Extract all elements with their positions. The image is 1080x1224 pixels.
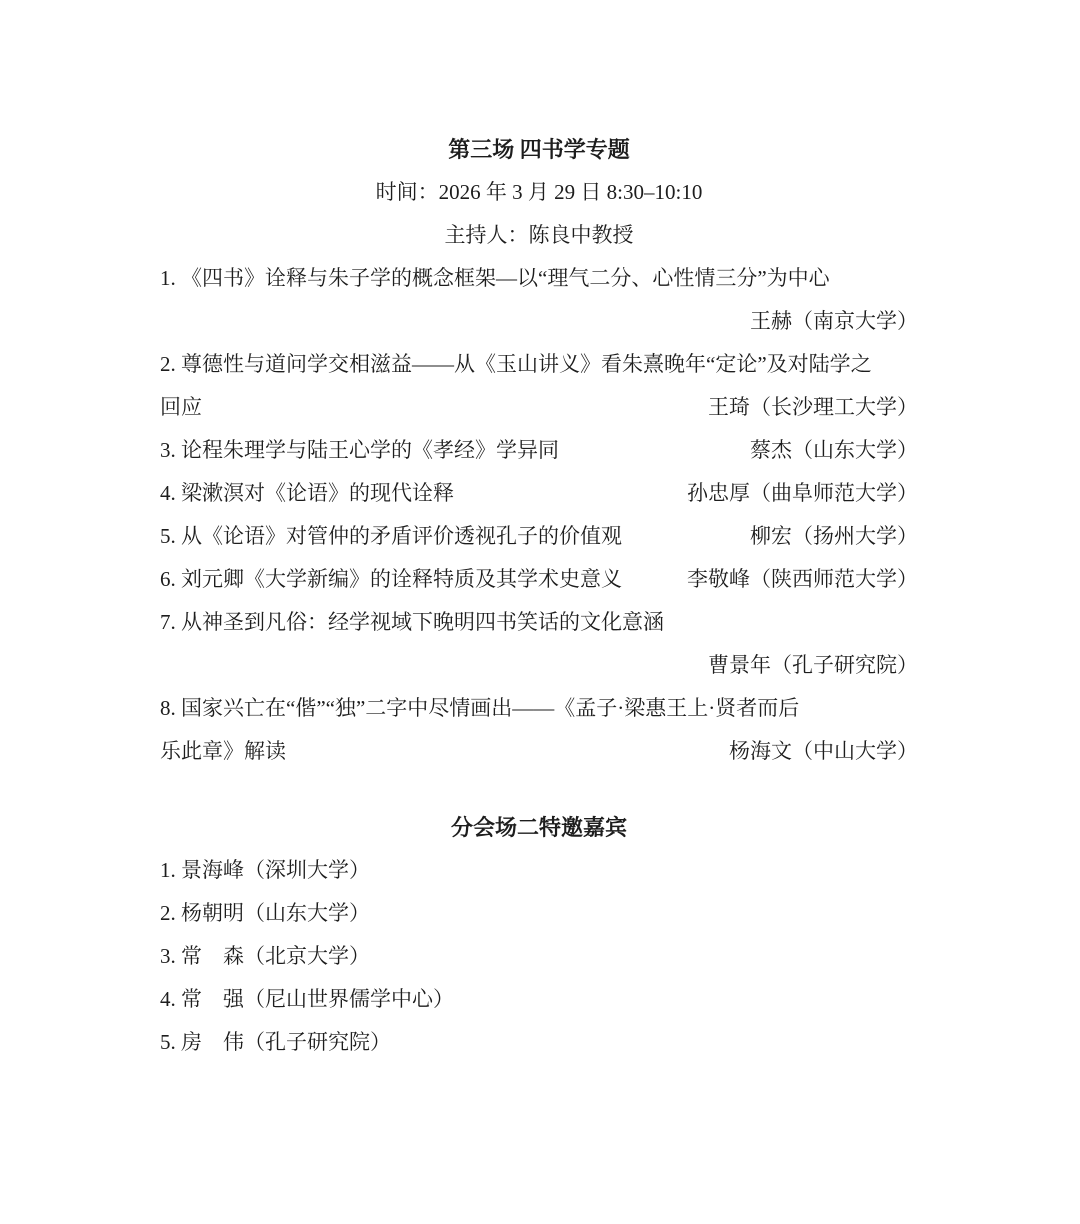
paper-entry: 7. 从神圣到凡俗：经学视域下晚明四书笑话的文化意涵 曹景年（孔子研究院） [160,601,918,687]
entry-row: 回应 王琦（长沙理工大学） [160,386,918,429]
entry-row: 7. 从神圣到凡俗：经学视域下晚明四书笑话的文化意涵 [160,601,918,644]
paper-title-text: 8. 国家兴亡在“偕”“独”二字中尽情画出——《孟子·梁惠王上·贤者而后 [160,687,799,730]
paper-entry: 4. 梁漱溟对《论语》的现代诠释 孙忠厚（曲阜师范大学） [160,472,918,515]
paper-author: 王赫（南京大学） [750,300,918,343]
document-page: 第三场 四书学专题 时间：2026 年 3 月 29 日 8:30–10:10 … [0,0,1080,1224]
paper-title-text: 5. 从《论语》对管仲的矛盾评价透视孔子的价值观 [160,515,622,558]
paper-author: 蔡杰（山东大学） [750,429,918,472]
paper-title-text: 1. 《四书》诠释与朱子学的概念框架—以“理气二分、心性情三分”为中心 [160,257,830,300]
paper-title-text: 回应 [160,386,202,429]
paper-title-text: 7. 从神圣到凡俗：经学视域下晚明四书笑话的文化意涵 [160,601,664,644]
guest-item: 1. 景海峰（深圳大学） [160,849,918,892]
paper-entry: 1. 《四书》诠释与朱子学的概念框架—以“理气二分、心性情三分”为中心 王赫（南… [160,257,918,343]
paper-entry: 8. 国家兴亡在“偕”“独”二字中尽情画出——《孟子·梁惠王上·贤者而后 乐此章… [160,687,918,773]
session-time: 时间：2026 年 3 月 29 日 8:30–10:10 [160,171,918,214]
paper-title-text: 6. 刘元卿《大学新编》的诠释特质及其学术史意义 [160,558,622,601]
entry-row: 乐此章》解读 杨海文（中山大学） [160,730,918,773]
paper-title-text: 4. 梁漱溟对《论语》的现代诠释 [160,472,454,515]
entry-row: 1. 《四书》诠释与朱子学的概念框架—以“理气二分、心性情三分”为中心 [160,257,918,300]
entry-row: 5. 从《论语》对管仲的矛盾评价透视孔子的价值观 柳宏（扬州大学） [160,515,918,558]
paper-entry: 6. 刘元卿《大学新编》的诠释特质及其学术史意义 李敬峰（陕西师范大学） [160,558,918,601]
session-chair: 主持人：陈良中教授 [160,214,918,257]
entry-row: 8. 国家兴亡在“偕”“独”二字中尽情画出——《孟子·梁惠王上·贤者而后 [160,687,918,730]
paper-entry: 5. 从《论语》对管仲的矛盾评价透视孔子的价值观 柳宏（扬州大学） [160,515,918,558]
paper-author: 杨海文（中山大学） [729,730,918,773]
paper-title-text: 2. 尊德性与道问学交相滋益——从《玉山讲义》看朱熹晚年“定论”及对陆学之 [160,343,872,386]
session-entries: 1. 《四书》诠释与朱子学的概念框架—以“理气二分、心性情三分”为中心 王赫（南… [160,257,918,773]
paper-title-text: 3. 论程朱理学与陆王心学的《孝经》学异同 [160,429,559,472]
entry-row: 王赫（南京大学） [160,300,918,343]
entry-row: 4. 梁漱溟对《论语》的现代诠释 孙忠厚（曲阜师范大学） [160,472,918,515]
paper-author: 柳宏（扬州大学） [750,515,918,558]
entry-row: 3. 论程朱理学与陆王心学的《孝经》学异同 蔡杰（山东大学） [160,429,918,472]
paper-title-text: 乐此章》解读 [160,730,286,773]
guest-item: 2. 杨朝明（山东大学） [160,892,918,935]
paper-author: 曹景年（孔子研究院） [708,644,918,687]
paper-author: 孙忠厚（曲阜师范大学） [687,472,918,515]
session-title: 第三场 四书学专题 [160,128,918,171]
guest-list: 1. 景海峰（深圳大学） 2. 杨朝明（山东大学） 3. 常 森（北京大学） 4… [160,849,918,1064]
entry-row: 曹景年（孔子研究院） [160,644,918,687]
paper-entry: 2. 尊德性与道问学交相滋益——从《玉山讲义》看朱熹晚年“定论”及对陆学之 回应… [160,343,918,429]
entry-row: 2. 尊德性与道问学交相滋益——从《玉山讲义》看朱熹晚年“定论”及对陆学之 [160,343,918,386]
guest-item: 4. 常 强（尼山世界儒学中心） [160,978,918,1021]
paper-author: 李敬峰（陕西师范大学） [687,558,918,601]
guests-title: 分会场二特邀嘉宾 [160,806,918,849]
paper-entry: 3. 论程朱理学与陆王心学的《孝经》学异同 蔡杰（山东大学） [160,429,918,472]
entry-row: 6. 刘元卿《大学新编》的诠释特质及其学术史意义 李敬峰（陕西师范大学） [160,558,918,601]
guest-item: 3. 常 森（北京大学） [160,935,918,978]
paper-author: 王琦（长沙理工大学） [708,386,918,429]
guest-item: 5. 房 伟（孔子研究院） [160,1021,918,1064]
